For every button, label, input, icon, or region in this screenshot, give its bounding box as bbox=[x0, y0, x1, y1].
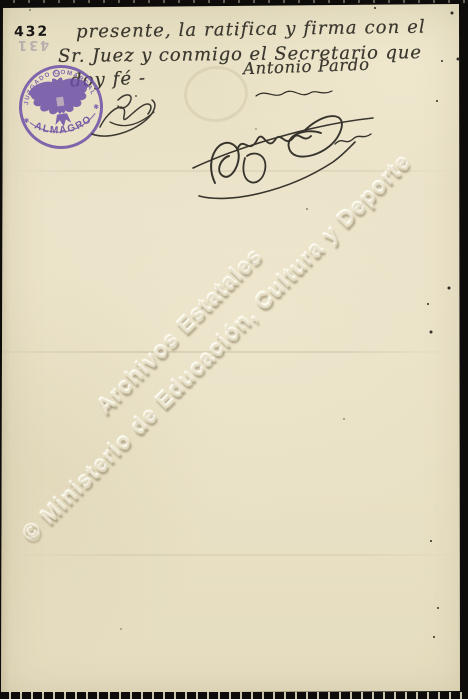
paper-crease bbox=[4, 554, 458, 556]
stamp-star-left-icon: ✱ bbox=[23, 117, 30, 126]
page-number-stamp: 432 bbox=[14, 24, 50, 41]
scan-edge-perforation bbox=[0, 692, 468, 699]
signature-large bbox=[185, 98, 380, 203]
signature-small bbox=[80, 82, 180, 152]
paper-crease bbox=[4, 351, 458, 353]
scan-edge-top bbox=[0, 0, 468, 3]
